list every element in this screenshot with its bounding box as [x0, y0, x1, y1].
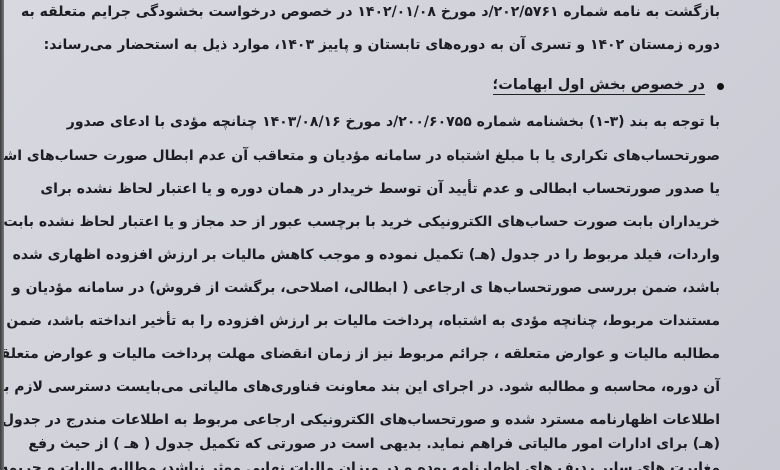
- section-heading-text: در خصوص بخش اول ابهامات؛: [493, 77, 706, 95]
- body-line-9: آن دوره، محاسبه و مطالبه شود. در اجرای ا…: [98, 379, 720, 395]
- body-line-5: واردات، فیلد مربوط را در جدول (هـ) تکمیل…: [98, 247, 720, 263]
- body-line-11: (هـ) برای ادارات امور مالیاتی فراهم نمای…: [98, 436, 720, 452]
- body-line-2: صورتحساب‌های تکراری یا با مبلغ اشتباه در…: [98, 148, 720, 164]
- intro-line-1: بازگشت به نامه شماره ۲۰۲/۵۷۶۱/د مورخ ۱۴۰…: [98, 4, 720, 20]
- body-line-1: با توجه به بند (۳-۱) بخشنامه شماره ۲۰۰/۶…: [98, 114, 720, 130]
- document-page: بازگشت به نامه شماره ۲۰۲/۵۷۶۱/د مورخ ۱۴۰…: [0, 0, 780, 470]
- body-line-4: خریداران بابت صورت حساب‌های الکترونیکی خ…: [98, 214, 720, 230]
- body-line-3: یا صدور صورتحساب ابطالی و عدم تأیید آن ت…: [98, 181, 720, 197]
- body-line-10: اطلاعات اظهارنامه مسترد شده و صورتحساب‌ه…: [98, 412, 720, 428]
- body-line-8: مطالبه مالیات و عوارض متعلقه ، جرائم مرب…: [98, 346, 720, 362]
- body-line-6: باشد، ضمن بررسی صورتحساب‌ها ی ارجاعی ( ا…: [98, 280, 720, 296]
- body-line-12: مغایرت های سایر ردیف های اظهارنامه بوده …: [98, 460, 720, 470]
- intro-line-2: دوره زمستان ۱۴۰۲ و تسری آن به دوره‌های ت…: [98, 37, 720, 53]
- section-heading: در خصوص بخش اول ابهامات؛: [493, 77, 725, 95]
- page-edge-shadow: [0, 0, 4, 470]
- body-line-7: مستندات مربوط، چنانچه مؤدی به اشتباه، پر…: [98, 313, 720, 329]
- bullet-icon: [717, 83, 724, 90]
